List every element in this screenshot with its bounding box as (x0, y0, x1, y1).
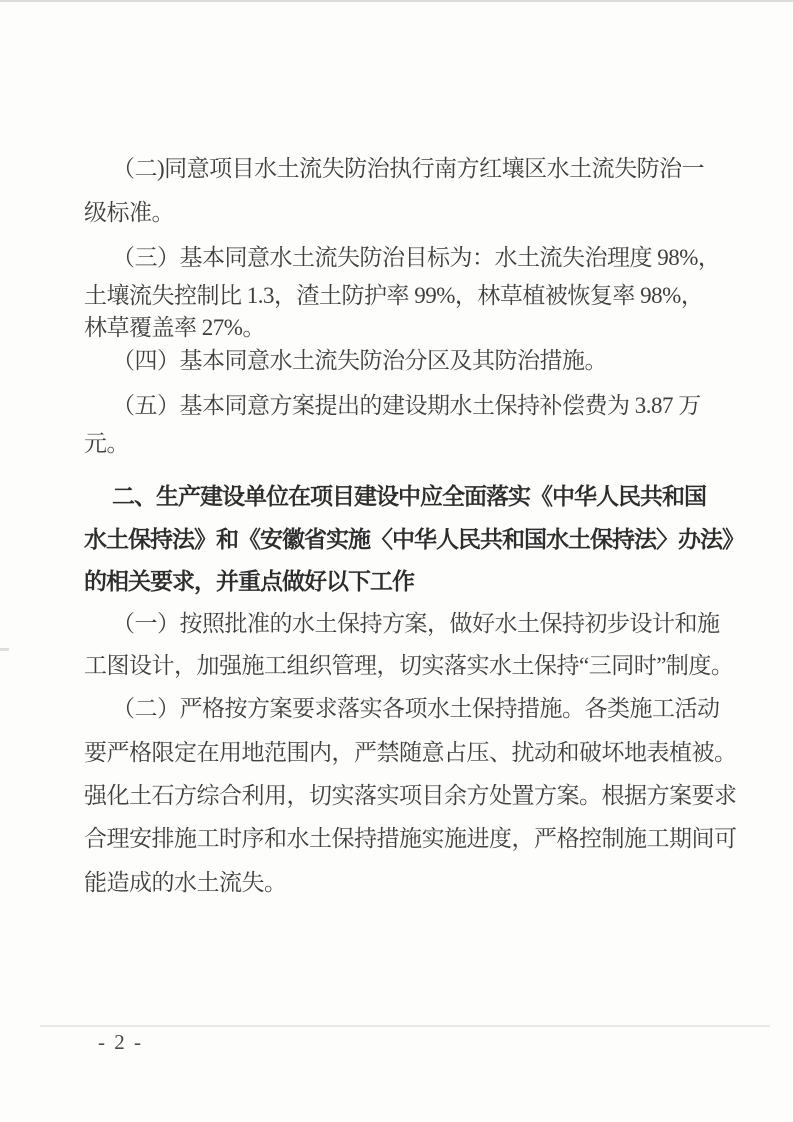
text-line: 工图设计，加强施工组织管理，切实落实水土保持“三同时”制度。 (84, 650, 774, 682)
section-heading-line: 的相关要求，并重点做好以下工作 (84, 565, 774, 597)
text-line: 合理安排施工时序和水土保持措施实施进度，严格控制施工期间可 (84, 823, 774, 855)
text-line: （四）基本同意水土流失防治分区及其防治措施。 (84, 345, 774, 377)
section-heading-line: 二、生产建设单位在项目建设中应全面落实《中华人民共和国 (84, 480, 774, 512)
scan-artifact-streak (40, 1025, 770, 1027)
scan-artifact-left-dash (0, 648, 9, 651)
text-line: 能造成的水土流失。 (84, 867, 774, 899)
text-line: 土壤流失控制比 1.3，渣土防护率 99%，林草植被恢复率 98%， (84, 280, 774, 312)
scan-artifact-top-edge (0, 0, 793, 2)
text-line: （一）按照批准的水土保持方案，做好水土保持初步设计和施 (84, 608, 774, 640)
text-line: 林草覆盖率 27%。 (84, 312, 774, 344)
text-line: 要严格限定在用地范围内，严禁随意占压、扰动和破坏地表植被。 (84, 737, 774, 769)
text-line: （二)同意项目水土流失防治执行南方红壤区水土流失防治一 (84, 153, 774, 185)
page-number: - 2 - (98, 1030, 143, 1055)
text-line: （三）基本同意水土流失防治目标为：水土流失治理度 98%， (84, 242, 774, 274)
text-line: （二）严格按方案要求落实各项水土保持措施。各类施工活动 (84, 693, 774, 725)
text-line: 元。 (84, 428, 774, 460)
text-line: （五）基本同意方案提出的建设期水土保持补偿费为 3.87 万 (84, 390, 774, 422)
section-heading-line: 水土保持法》和《安徽省实施〈中华人民共和国水土保持法〉办法》 (84, 523, 774, 555)
text-line: 级标准。 (84, 197, 774, 229)
text-line: 强化土石方综合利用，切实落实项目余方处置方案。根据方案要求 (84, 780, 774, 812)
document-page: （二)同意项目水土流失防治执行南方红壤区水土流失防治一 级标准。 （三）基本同意… (0, 0, 793, 1122)
